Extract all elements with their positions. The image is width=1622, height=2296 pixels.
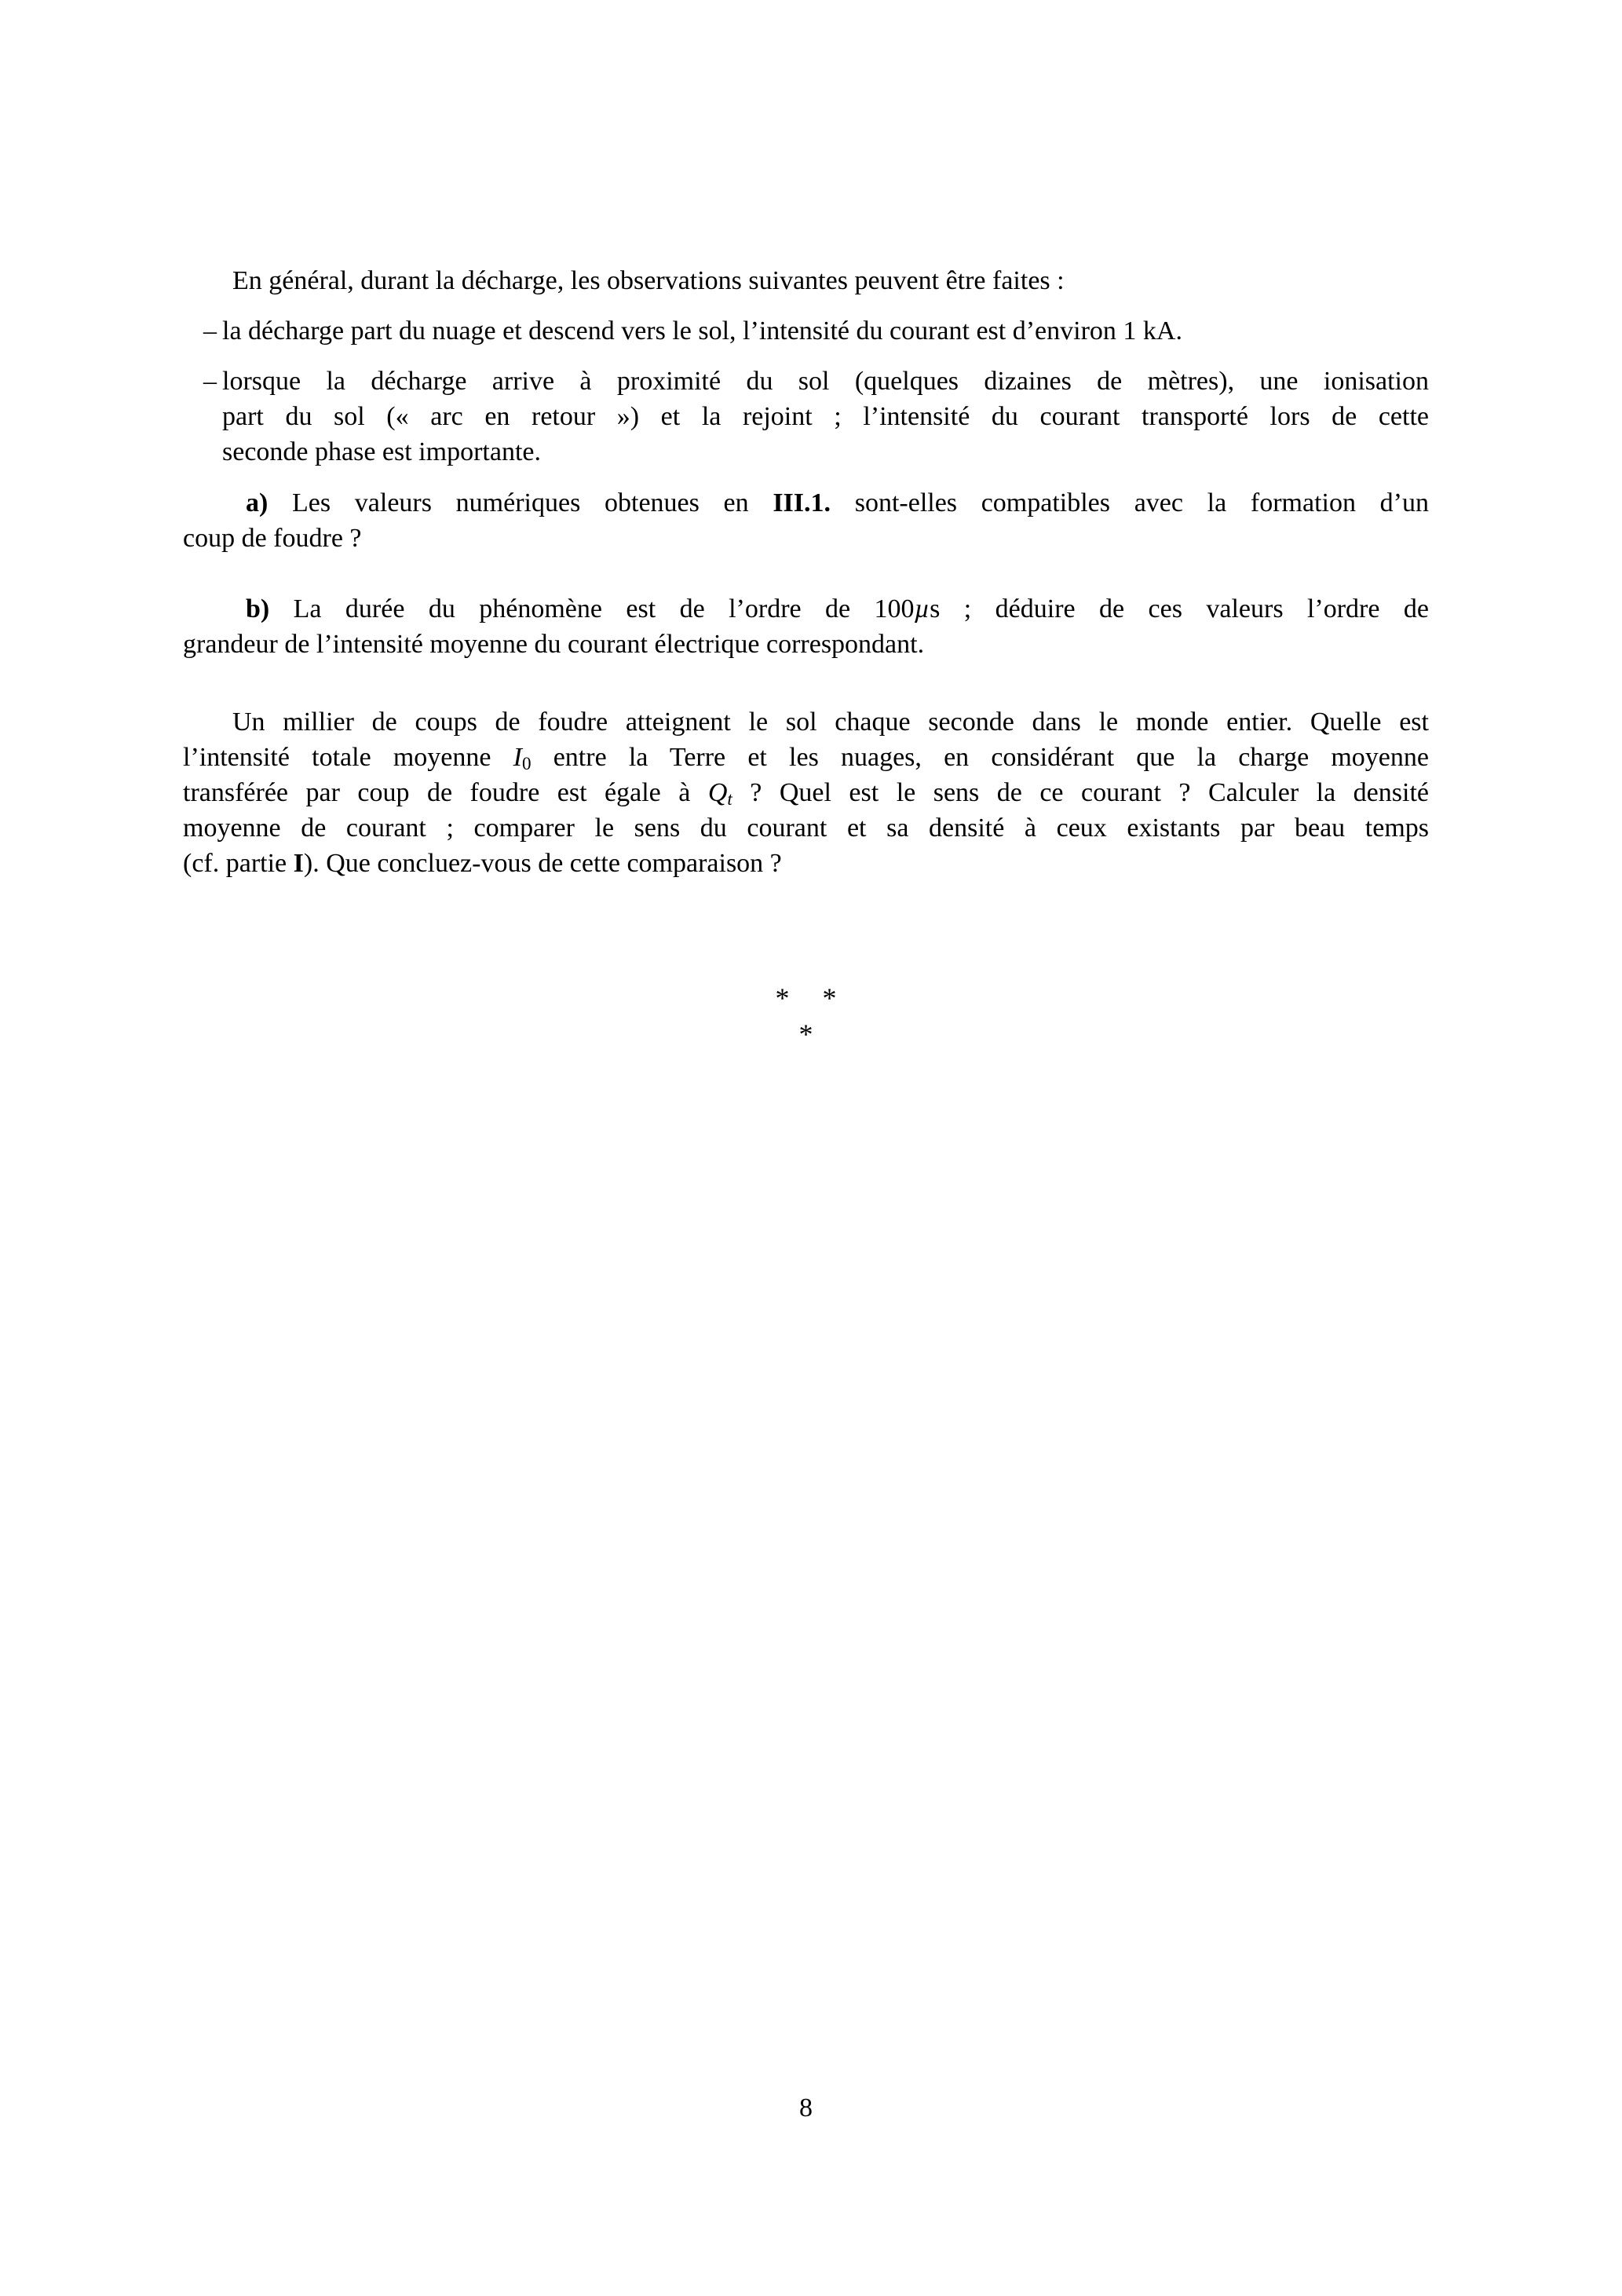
document-page: En général, durant la décharge, les obse… bbox=[0, 0, 1622, 2296]
separator-stars: ** * bbox=[183, 981, 1429, 1053]
text-line: En général, durant la décharge, les obse… bbox=[183, 263, 1429, 298]
text-run: lorsque la décharge arrive à proximité d… bbox=[222, 367, 1429, 396]
text-run: l’intensité totale moyenne bbox=[183, 743, 513, 772]
text-run: ; déduire de ces valeurs l’ordre de bbox=[940, 594, 1429, 623]
text-line: part du sol (« arc en retour ») et la re… bbox=[222, 399, 1429, 434]
part-reference: I bbox=[294, 849, 304, 878]
text-line: transférée par coup de foudre est égale … bbox=[183, 775, 1429, 810]
text-run: sont-elles compatibles avec la formation… bbox=[831, 488, 1429, 517]
text-run: Un millier de coups de foudre atteignent… bbox=[232, 707, 1429, 737]
question-a: a) Les valeurs numériques obtenues en II… bbox=[183, 485, 1429, 556]
star-icon: * bbox=[776, 981, 790, 1016]
text-run: coup de foudre ? bbox=[183, 524, 362, 553]
star-row-top: ** bbox=[183, 981, 1429, 1017]
bullet-dash-icon: – bbox=[203, 313, 217, 349]
text-run: part du sol (« arc en retour ») et la re… bbox=[222, 402, 1429, 431]
text-line: grandeur de l’intensité moyenne du coura… bbox=[183, 627, 1429, 662]
text-line: seconde phase est importante. bbox=[222, 434, 1429, 470]
text-line: lorsque la décharge arrive à proximité d… bbox=[222, 364, 1429, 399]
star-icon: * bbox=[799, 1017, 813, 1052]
text-run: ). Que concluez-vous de cette comparaiso… bbox=[304, 849, 782, 878]
text-run: ? Quel est le sens de ce courant ? Calcu… bbox=[732, 778, 1429, 807]
text-run: En général, durant la décharge, les obse… bbox=[232, 266, 1065, 295]
text-run: (cf. partie bbox=[183, 849, 294, 878]
page-number: 8 bbox=[183, 2090, 1429, 2126]
symbol-I0-subscript: 0 bbox=[522, 754, 532, 774]
text-run: grandeur de l’intensité moyenne du coura… bbox=[183, 630, 924, 659]
symbol-I0: I bbox=[513, 743, 522, 772]
paragraph-conclusion: Un millier de coups de foudre atteignent… bbox=[183, 704, 1429, 881]
text-run: entre la Terre et les nuages, en considé… bbox=[532, 743, 1429, 772]
text-run: moyenne de courant ; comparer le sens du… bbox=[183, 813, 1429, 843]
question-a-label: a) bbox=[246, 488, 268, 517]
mu-symbol: µ bbox=[915, 594, 930, 623]
bullet-dash-icon: – bbox=[203, 364, 217, 399]
question-b: b) La durée du phénomène est de l’ordre … bbox=[183, 591, 1429, 662]
text-line: coup de foudre ? bbox=[183, 521, 1429, 556]
text-line: b) La durée du phénomène est de l’ordre … bbox=[183, 591, 1429, 627]
bullet-item-1: – la décharge part du nuage et descend v… bbox=[222, 313, 1429, 349]
text-line: Un millier de coups de foudre atteignent… bbox=[183, 704, 1429, 740]
text-run: La durée du phénomène est de l’ordre de … bbox=[269, 594, 914, 623]
text-run: la décharge part du nuage et descend ver… bbox=[222, 316, 1182, 345]
text-run: transférée par coup de foudre est égale … bbox=[183, 778, 708, 807]
symbol-Qt: Q bbox=[708, 778, 728, 807]
unit-run: s bbox=[930, 594, 940, 623]
star-icon: * bbox=[823, 981, 837, 1016]
star-row-bottom: * bbox=[183, 1017, 1429, 1053]
text-run: seconde phase est importante. bbox=[222, 437, 541, 466]
text-line: moyenne de courant ; comparer le sens du… bbox=[183, 810, 1429, 846]
text-line: la décharge part du nuage et descend ver… bbox=[222, 313, 1429, 349]
text-run: Les valeurs numériques obtenues en bbox=[268, 488, 773, 517]
question-b-label: b) bbox=[246, 594, 269, 623]
text-line: l’intensité totale moyenne I0 entre la T… bbox=[183, 740, 1429, 775]
text-line: (cf. partie I). Que concluez-vous de cet… bbox=[183, 846, 1429, 881]
paragraph-intro: En général, durant la décharge, les obse… bbox=[183, 263, 1429, 298]
text-line: a) Les valeurs numériques obtenues en II… bbox=[183, 485, 1429, 521]
bullet-item-2: – lorsque la décharge arrive à proximité… bbox=[222, 364, 1429, 470]
section-reference: III.1. bbox=[773, 488, 831, 517]
